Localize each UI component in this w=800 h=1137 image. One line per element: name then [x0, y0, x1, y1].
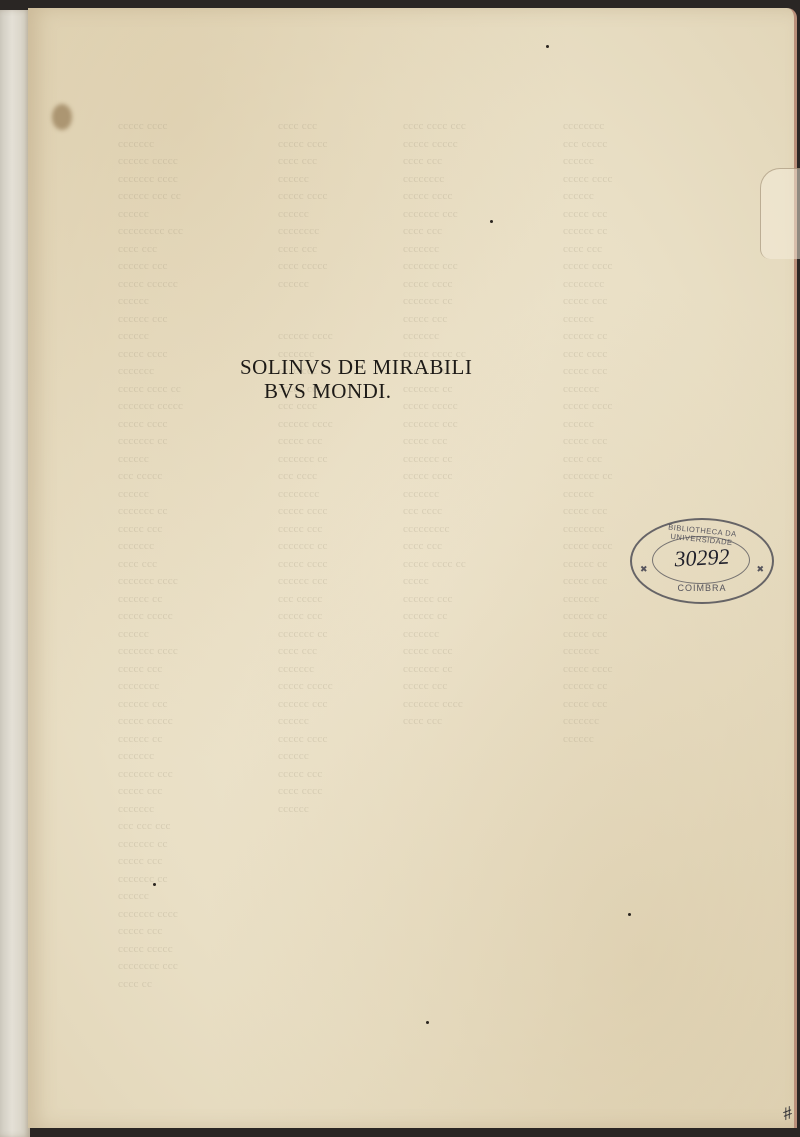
ink-speck: [628, 913, 631, 916]
ink-speck: [490, 220, 493, 223]
stamp-ornament-icon: ✖: [756, 564, 764, 575]
title-line-1: SOLINVS DE MIRABILI: [240, 355, 472, 379]
book-title: SOLINVS DE MIRABILI BVS MONDI.: [240, 355, 472, 403]
stamp-city: COIMBRA: [632, 583, 772, 593]
book-spine-edge: [0, 10, 30, 1137]
bleed-through-column-4: cccccccc ccc ccccc cccccc ccccc cccc ccc…: [563, 118, 613, 748]
stain-mark: [52, 104, 72, 130]
torn-corner: [760, 168, 800, 259]
ink-speck: [153, 883, 156, 886]
stamp-catalog-number: 30292: [659, 543, 744, 573]
stamp-ornament-icon: ✖: [640, 564, 648, 575]
ink-speck: [546, 45, 549, 48]
ink-speck: [426, 1021, 429, 1024]
bleed-through-column-3: cccc cccc ccc ccccc ccccc cccc ccc ccccc…: [403, 118, 466, 731]
library-stamp: BIBLIOTHECA DA UNIVERSIDADE 30292 ✖ ✖ CO…: [630, 518, 774, 604]
bleed-through-column-1: ccccc cccc ccccccc cccccc ccccc ccccccc …: [118, 118, 183, 993]
bleed-through-column-2: cccc ccc ccccc cccc cccc ccc cccccc cccc…: [278, 118, 333, 818]
title-line-2: BVS MONDI.: [240, 379, 472, 403]
